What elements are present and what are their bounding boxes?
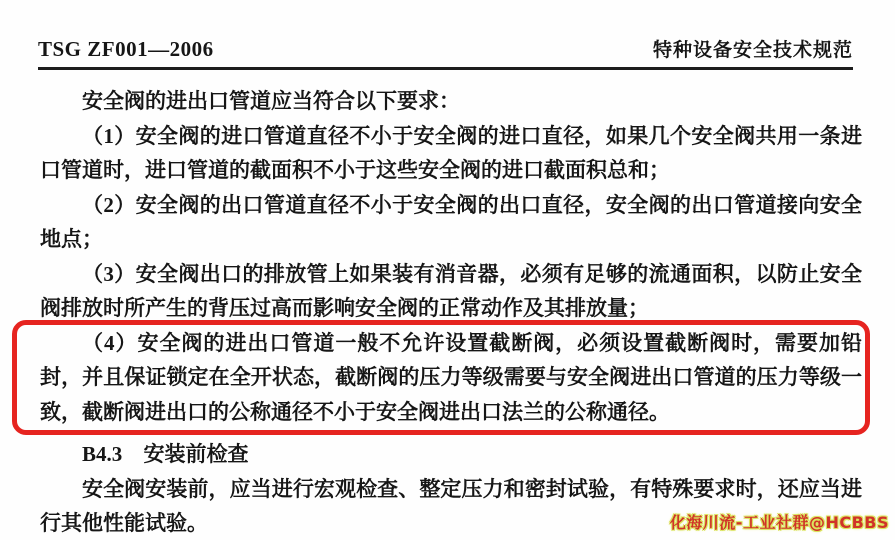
highlight-annotation-box: （4）安全阀的进出口管道一般不允许设置截断阀，必须设置截断阀时，需要加铅封，并且…: [12, 320, 870, 436]
requirement-item-3: （3）安全阀出口的排放管上如果装有消音器，必须有足够的流通面积，以防止安全阀排放…: [40, 257, 862, 326]
document-body: 安全阀的进出口管道应当符合以下要求： （1）安全阀的进口管道直径不小于安全阀的进…: [40, 84, 862, 540]
watermark: 化海川流-工业社群@HCBBS: [670, 510, 889, 533]
requirement-item-1: （1）安全阀的进口管道直径不小于安全阀的进口直径，如果几个安全阀共用一条进口管道…: [40, 119, 862, 188]
section-number: B4.3: [82, 442, 122, 466]
section-heading: B4.3 安装前检查: [40, 437, 862, 472]
document-title: 特种设备安全技术规范: [653, 35, 853, 62]
requirement-item-2: （2）安全阀的出口管道直径不小于安全阀的出口直径，安全阀的出口管道接向安全地点；: [40, 188, 862, 257]
document-number: TSG ZF001—2006: [38, 37, 214, 62]
requirement-item-4-highlighted: （4）安全阀的进出口管道一般不允许设置截断阀，必须设置截断阀时，需要加铅封，并且…: [40, 326, 862, 430]
page-header: TSG ZF001—2006 特种设备安全技术规范: [38, 0, 853, 70]
document-page: TSG ZF001—2006 特种设备安全技术规范 安全阀的进出口管道应当符合以…: [0, 0, 895, 540]
section-title: 安装前检查: [144, 442, 249, 466]
intro-paragraph: 安全阀的进出口管道应当符合以下要求：: [40, 84, 862, 119]
